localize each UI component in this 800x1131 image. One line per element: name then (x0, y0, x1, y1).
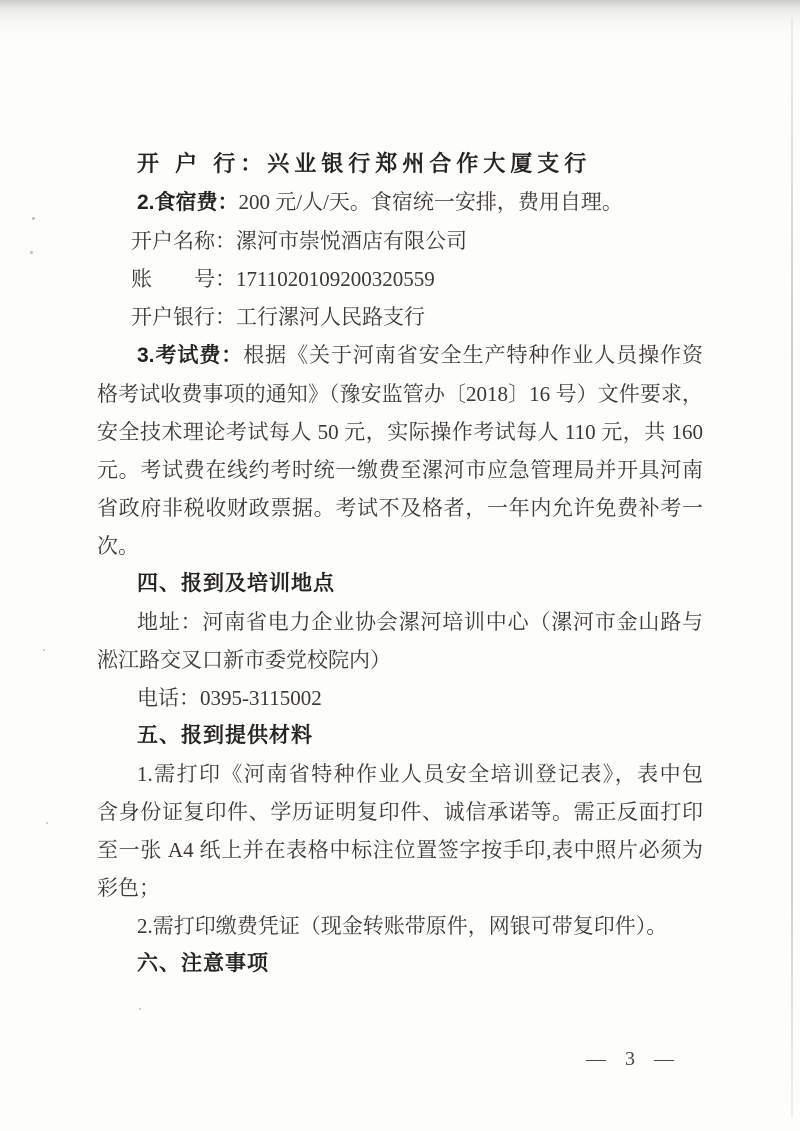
scan-speck (46, 822, 48, 824)
materials-item1-line-3: 至一张 A4 纸上并在表格中标注位置签字按手印,表中照片必须为 (97, 831, 703, 869)
address-line-1: 地址：河南省电力企业协会漯河培训中心（漯河市金山路与 (97, 603, 703, 641)
exam-fee-line-5: 省政府非税收财政票据。考试不及格者，一年内允许免费补考一 (97, 489, 703, 527)
account-number-line: 账 号：1711020109200320559 (97, 260, 703, 298)
document-body: 开 户 行：兴业银行郑州合作大厦支行 2.食宿费：200 元/人/天。食宿统一安… (97, 145, 703, 983)
account-number-value: 1711020109200320559 (236, 267, 435, 291)
scan-paper-edge (791, 18, 793, 1118)
exam-fee-line-2: 格考试收费事项的通知》（豫安监管办〔2018〕16 号）文件要求， (97, 375, 703, 413)
page-number: — 3 — (586, 1048, 676, 1071)
scan-speck (32, 217, 35, 220)
bank-label: 开 户 行： (137, 151, 267, 176)
section5-heading: 五、报到提供材料 (97, 717, 703, 755)
account-name-line: 开户名称：漯河市崇悦酒店有限公司 (97, 222, 703, 260)
meal-fee-label: 2.食宿费： (137, 191, 239, 214)
meal-fee-line: 2.食宿费：200 元/人/天。食宿统一安排，费用自理。 (97, 183, 703, 222)
section4-heading: 四、报到及培训地点 (97, 565, 703, 603)
exam-fee-line-6: 次。 (97, 527, 703, 565)
materials-item1-line-1: 1.需打印《河南省特种作业人员安全培训登记表》，表中包 (97, 755, 703, 793)
scan-speck (43, 649, 45, 651)
scan-noise-band (0, 0, 800, 46)
account-name-label: 开户名称： (131, 229, 236, 253)
address-line-2: 淞江路交叉口新市委党校院内） (97, 641, 703, 679)
materials-item1-line-4: 彩色； (97, 869, 703, 907)
exam-fee-text: 根据《关于河南省安全生产特种作业人员操作资 (243, 343, 703, 367)
bank-line: 开 户 行：兴业银行郑州合作大厦支行 (97, 145, 703, 183)
exam-fee-line-3: 安全技术理论考试每人 50 元，实际操作考试每人 110 元，共 160 (97, 413, 703, 451)
phone-line: 电话：0395-3115002 (97, 679, 703, 717)
account-number-label: 账 号： (131, 267, 236, 291)
scan-speck (30, 251, 33, 254)
materials-item2-line: 2.需打印缴费凭证（现金转账带原件，网银可带复印件）。 (97, 907, 703, 945)
bank-value: 兴业银行郑州合作大厦支行 (267, 151, 591, 176)
account-name-value: 漯河市崇悦酒店有限公司 (236, 229, 467, 253)
exam-fee-line-1: 3.考试费：根据《关于河南省安全生产特种作业人员操作资 (97, 336, 703, 375)
exam-fee-label: 3.考试费： (137, 344, 243, 367)
account-bank-line: 开户银行：工行漯河人民路支行 (97, 298, 703, 336)
account-bank-label: 开户银行： (131, 305, 236, 329)
section6-heading: 六、注意事项 (97, 945, 703, 983)
meal-fee-text: 200 元/人/天。食宿统一安排，费用自理。 (239, 190, 623, 214)
materials-item1-line-2: 含身份证复印件、学历证明复印件、诚信承诺等。需正反面打印 (97, 793, 703, 831)
account-bank-value: 工行漯河人民路支行 (236, 305, 425, 329)
exam-fee-line-4: 元。考试费在线约考时统一缴费至漯河市应急管理局并开具河南 (97, 451, 703, 489)
scan-speck (139, 1008, 141, 1010)
